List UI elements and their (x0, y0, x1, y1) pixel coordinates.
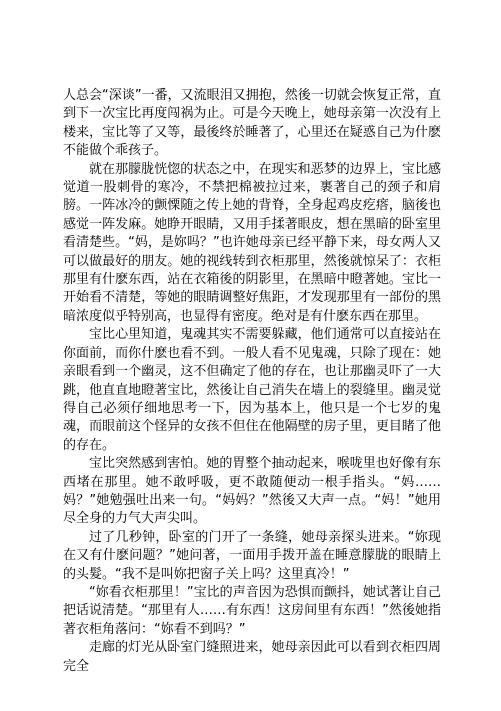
paragraph-4: 宝比突然感到害怕。她的胃整个抽动起来，喉咙里也好像有东西堵在那里。她不敢呼吸，更… (63, 455, 441, 529)
paragraph-2: 就在那朦胧恍惚的状态之中，在现实和恶梦的边界上，宝比感觉道一股刺骨的寒冷，不禁把… (63, 161, 441, 327)
paragraph-7: 走廊的灯光从卧室门缝照进来，她母亲因此可以看到衣柜四周完全 (63, 639, 441, 676)
paragraph-5: 过了几秒钟，卧室的门开了一条缝，她母亲探头进来。“妳现在又有什麽问题？”她问著，… (63, 529, 441, 584)
paragraph-3: 宝比心里知道，鬼魂其实不需要躲藏，他们通常可以直接站在你面前，而你什麽也看不到。… (63, 326, 441, 455)
document-page: 人总会“深谈”一番，又流眼泪又拥抱，然後一切就会恢复正常，直到下一次宝比再度闯祸… (63, 87, 441, 676)
paragraph-6: “妳看衣柜那里！”宝比的声音因为恐惧而颤抖，她试著让自己把话说清楚。“那里有人…… (63, 584, 441, 639)
paragraph-1: 人总会“深谈”一番，又流眼泪又拥抱，然後一切就会恢复正常，直到下一次宝比再度闯祸… (63, 87, 441, 161)
